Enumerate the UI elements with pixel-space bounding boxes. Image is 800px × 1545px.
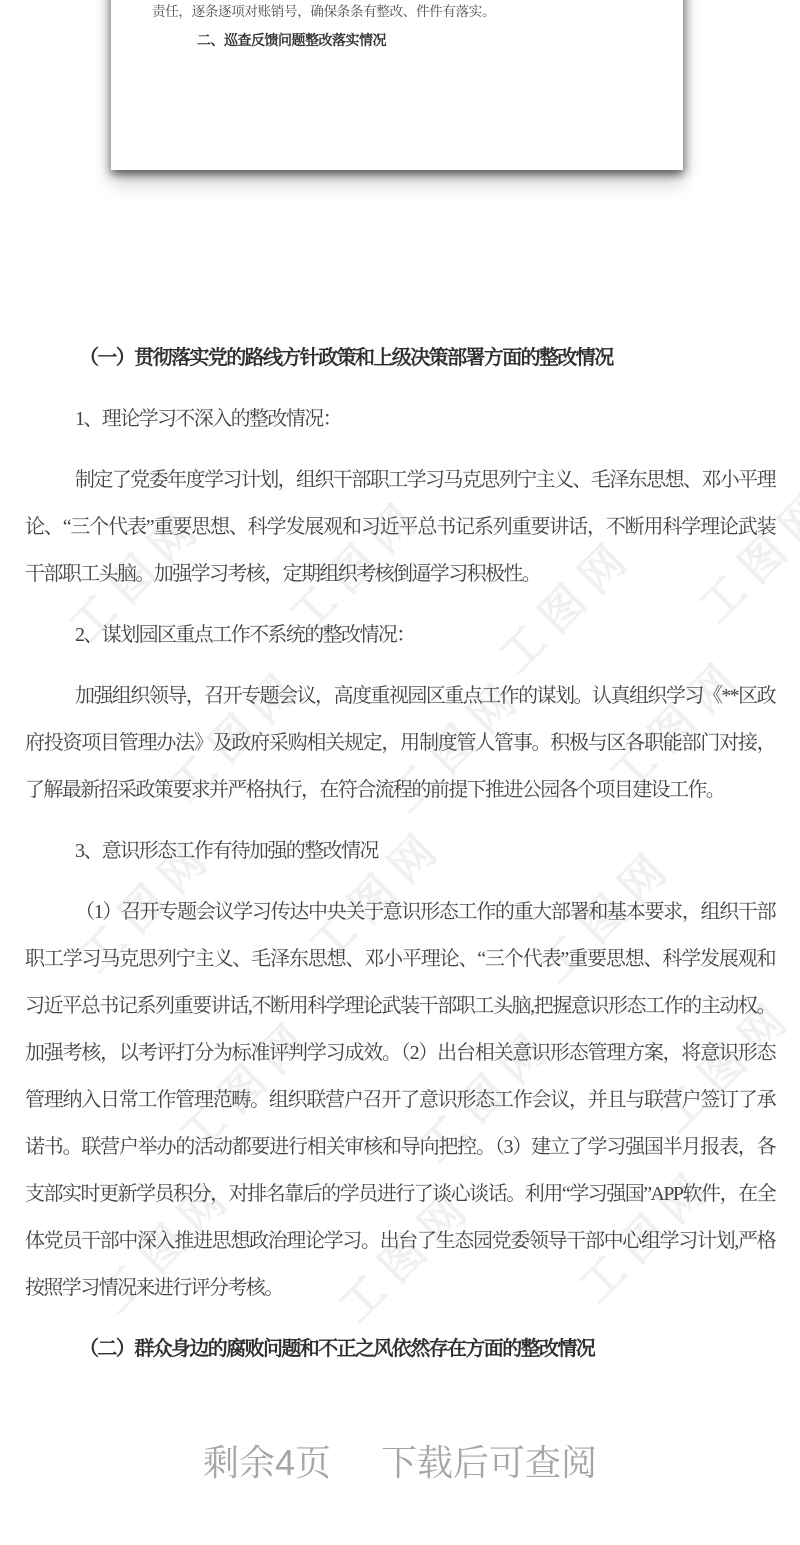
section-heading-1: （一）贯彻落实党的路线方针政策和上级决策部署方面的整改情况 — [25, 335, 775, 382]
subheading-2: 2、谋划园区重点工作不系统的整改情况： — [25, 612, 775, 659]
paragraph-3: （1）召开专题会议学习传达中央关于意识形态工作的重大部署和基本要求，组织干部职工… — [25, 889, 775, 1312]
section-heading-2: （二）群众身边的腐败问题和不正之风依然存在方面的整改情况 — [25, 1326, 775, 1373]
document-page-preview: 责任，逐条逐项对账销号，确保条条有整改、件件有落实。 二、巡查反馈问题整改落实情… — [111, 0, 683, 170]
subheading-1: 1、理论学习不深入的整改情况： — [25, 396, 775, 443]
page-text-line: 责任，逐条逐项对账销号，确保条条有整改、件件有落实。 — [152, 2, 645, 21]
download-hint-text: 下载后可查阅 — [381, 1442, 597, 1484]
document-body: （一）贯彻落实党的路线方针政策和上级决策部署方面的整改情况 1、理论学习不深入的… — [25, 335, 775, 1387]
page-section-heading: 二、巡查反馈问题整改落实情况 — [152, 32, 645, 51]
remaining-pages-text: 剩余4页 — [203, 1442, 331, 1484]
remaining-pages-notice: 剩余4页 下载后可查阅 — [0, 1442, 800, 1484]
subheading-3: 3、意识形态工作有待加强的整改情况 — [25, 828, 775, 875]
paragraph-2: 加强组织领导，召开专题会议，高度重视园区重点工作的谋划。认真组织学习《**区政府… — [25, 673, 775, 814]
paragraph-1: 制定了党委年度学习计划，组织干部职工学习马克思列宁主义、毛泽东思想、邓小平理论、… — [25, 457, 775, 598]
